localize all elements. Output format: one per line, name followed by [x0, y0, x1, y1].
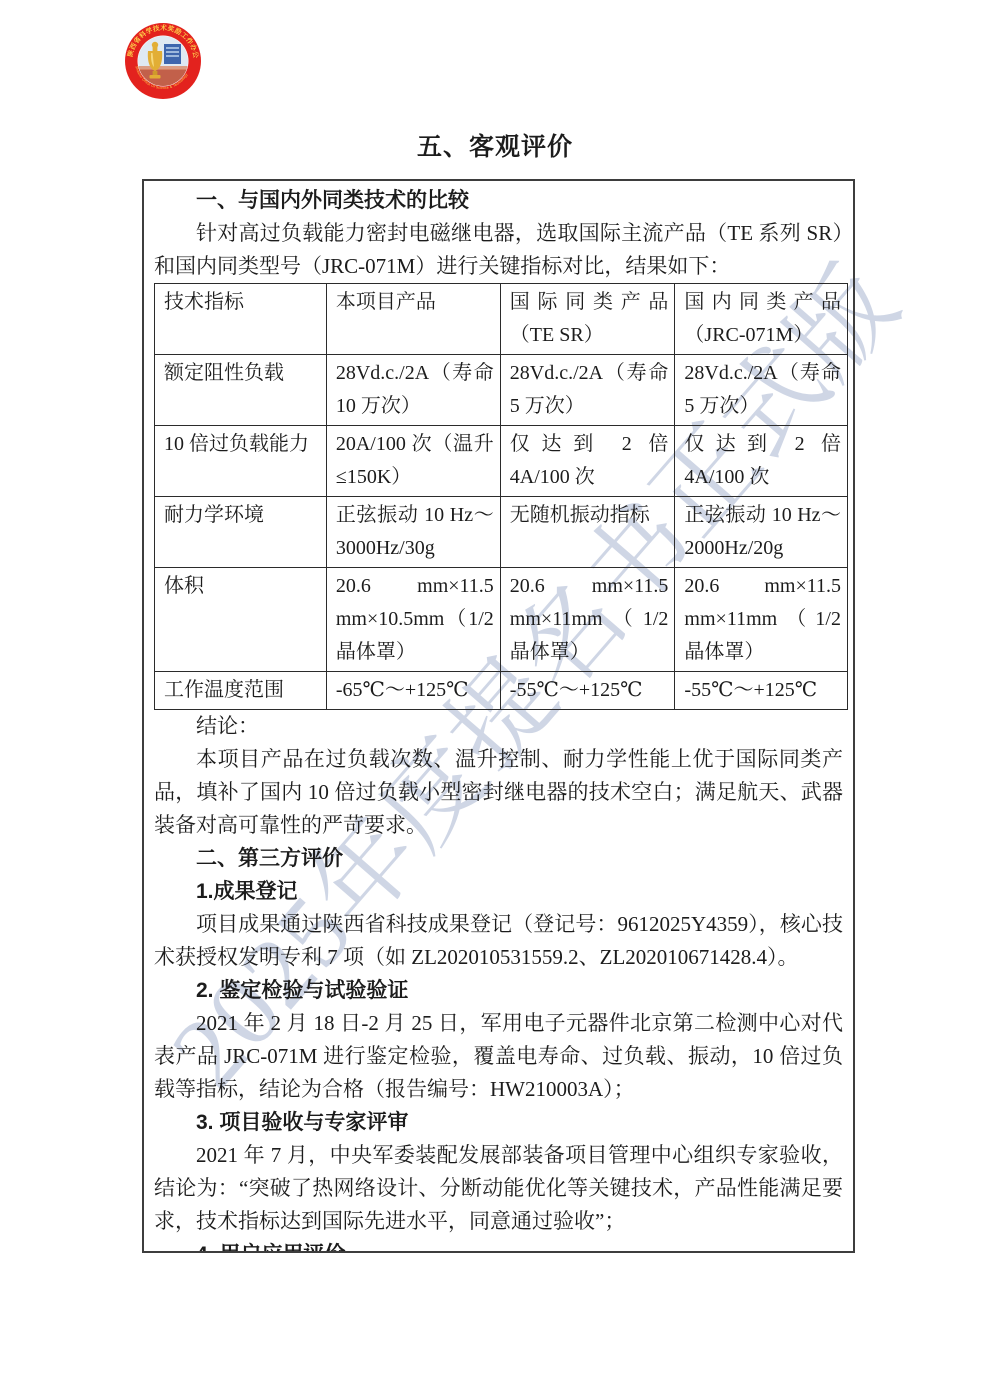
- table-header-row: 技术指标 本项目产品 国际同类产品（TE SR） 国内同类产品 （JRC-071…: [155, 284, 848, 355]
- seal-graphic: 陕西省科学技术奖励工作办公室 Shaanxi Office Of Science…: [124, 22, 202, 100]
- cell: 正弦振动 10 Hz～2000Hz/20g: [675, 497, 848, 568]
- cell: 仅达到 2 倍 4A/100 次: [675, 426, 848, 497]
- conclusion-text: 本项目产品在过负载次数、温升控制、耐力学性能上优于国际同类产品，填补了国内 10…: [154, 743, 843, 842]
- cell: -55℃～+125℃: [675, 672, 848, 710]
- item4-heading: 4. 用户应用评价: [154, 1238, 843, 1253]
- item3-text: 2021 年 7 月，中央军委装配发展部装备项目管理中心组织专家验收，结论为：“…: [154, 1139, 843, 1238]
- award-office-seal: 陕西省科学技术奖励工作办公室 Shaanxi Office Of Science…: [124, 22, 202, 100]
- comparison-table: 技术指标 本项目产品 国际同类产品（TE SR） 国内同类产品 （JRC-071…: [154, 283, 848, 710]
- cell: 28Vd.c./2A（寿命 10 万次）: [326, 355, 500, 426]
- row-label: 体积: [155, 568, 327, 672]
- table-row: 耐力学环境 正弦振动 10 Hz～3000Hz/30g 无随机振动指标 正弦振动…: [155, 497, 848, 568]
- section1-heading: 一、与国内外同类技术的比较: [154, 184, 843, 217]
- table-row: 10 倍过负载能力 20A/100 次（温升≤150K） 仅达到 2 倍 4A/…: [155, 426, 848, 497]
- cell: 20A/100 次（温升≤150K）: [326, 426, 500, 497]
- section2-heading: 二、第三方评价: [154, 842, 843, 875]
- item1-heading: 1.成果登记: [154, 875, 843, 908]
- item2-text: 2021 年 2 月 18 日-2 月 25 日，军用电子元器件北京第二检测中心…: [154, 1007, 843, 1106]
- row-label: 工作温度范围: [155, 672, 327, 710]
- section1-intro: 针对高过负载能力密封电磁继电器，选取国际主流产品（TE 系列 SR）和国内同类型…: [154, 217, 843, 283]
- table-row: 体积 20.6 mm×11.5 mm×10.5mm（1/2 晶体罩） 20.6 …: [155, 568, 848, 672]
- cell: 28Vd.c./2A（寿命 5 万次）: [500, 355, 675, 426]
- content-box: 一、与国内外同类技术的比较 针对高过负载能力密封电磁继电器，选取国际主流产品（T…: [142, 179, 855, 1253]
- cell: -55℃～+125℃: [500, 672, 675, 710]
- table-row: 额定阻性负载 28Vd.c./2A（寿命 10 万次） 28Vd.c./2A（寿…: [155, 355, 848, 426]
- cell: 无随机振动指标: [500, 497, 675, 568]
- cell: 20.6 mm×11.5 mm×11mm（1/2 晶体罩）: [500, 568, 675, 672]
- row-label: 耐力学环境: [155, 497, 327, 568]
- header-cell: 国际同类产品（TE SR）: [500, 284, 675, 355]
- cell: 28Vd.c./2A（寿命 5 万次）: [675, 355, 848, 426]
- cell: 20.6 mm×11.5 mm×10.5mm（1/2 晶体罩）: [326, 568, 500, 672]
- cell: 正弦振动 10 Hz～3000Hz/30g: [326, 497, 500, 568]
- conclusion-label: 结论：: [154, 710, 843, 743]
- item2-heading: 2. 鉴定检验与试验验证: [154, 974, 843, 1007]
- row-label: 额定阻性负载: [155, 355, 327, 426]
- header-cell: 国内同类产品 （JRC-071M）: [675, 284, 848, 355]
- row-label: 10 倍过负载能力: [155, 426, 327, 497]
- cell: 仅达到 2 倍 4A/100 次: [500, 426, 675, 497]
- item3-heading: 3. 项目验收与专家评审: [154, 1106, 843, 1139]
- header-cell: 技术指标: [155, 284, 327, 355]
- item1-text: 项目成果通过陕西省科技成果登记（登记号：9612025Y4359），核心技术获授…: [154, 908, 843, 974]
- page-title: 五、客观评价: [0, 127, 990, 163]
- cell: 20.6 mm×11.5 mm×11mm（1/2 晶体罩）: [675, 568, 848, 672]
- cell: -65℃～+125℃: [326, 672, 500, 710]
- document-page: 2025年度提名书正式版: [0, 0, 990, 1399]
- table-row: 工作温度范围 -65℃～+125℃ -55℃～+125℃ -55℃～+125℃: [155, 672, 848, 710]
- header-cell: 本项目产品: [326, 284, 500, 355]
